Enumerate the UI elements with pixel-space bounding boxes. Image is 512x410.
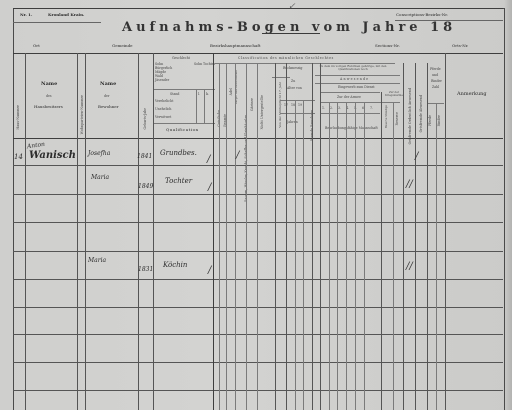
- birth-year-header: Geburts-Jahr: [143, 108, 147, 130]
- reserve-standige-header: Reserve Ständige: [385, 105, 388, 128]
- zu-label: Zu: [291, 80, 295, 83]
- hdr-line-c: [315, 83, 400, 84]
- col-line: [138, 53, 139, 410]
- orts-nr-label: Orts-Nr.: [452, 44, 468, 48]
- pferde-label-2: und: [432, 74, 438, 77]
- armee-header: Zur der Armee: [337, 96, 361, 99]
- col-line: [153, 53, 154, 410]
- entry-1-house-number: 14: [14, 154, 23, 161]
- entry-1-resident: Josefha: [88, 151, 110, 157]
- entry-2-qualification: Tochter: [165, 178, 192, 185]
- col-line: [77, 53, 78, 410]
- owner-col-des: des: [46, 95, 52, 98]
- col-line: [403, 63, 404, 410]
- col-line: [346, 102, 347, 410]
- top-rule: [13, 8, 503, 9]
- entry-3-qualification: Köchin: [163, 262, 187, 269]
- eingewerb-header: Eingewerb zum Dienst: [338, 86, 375, 89]
- conscription-district-label: Conscriptions-Bezirks-Nr.: [396, 13, 448, 17]
- col-line: [427, 63, 428, 410]
- row-line: [13, 334, 503, 335]
- classification-heading: Classification des männlichen Geschlecht…: [238, 57, 334, 60]
- entry-3-birth-year: 1831: [138, 267, 153, 273]
- anwesende-header: Anwesende: [340, 78, 369, 81]
- row-line: [13, 251, 503, 252]
- col-line: [436, 103, 437, 410]
- stand-divider-2: [204, 89, 205, 123]
- house-number-header: Haus-Nummer: [16, 105, 20, 130]
- entry-1-qualification: Grundbes.: [160, 150, 197, 157]
- entry-1-owner: Wanisch: [29, 151, 76, 161]
- col-line: [219, 63, 220, 410]
- hdr-line-b: [315, 75, 400, 76]
- pferde-label-4: Zahl: [432, 86, 439, 89]
- title-underline: [262, 33, 320, 34]
- alter-von-label: Alter von: [287, 87, 302, 90]
- stand-divider-1: [196, 89, 197, 123]
- entry-3-resident: Maria: [88, 258, 106, 264]
- stand-col-k: k.: [206, 93, 209, 96]
- beurlaubung-header: Beurlaubungsfähige Mannschaft: [325, 127, 378, 130]
- col-line: [337, 102, 338, 410]
- col-line: [329, 102, 330, 410]
- sections-nr-label: Sections-Nr.: [375, 44, 400, 48]
- pferde-label-3: Rinder: [431, 80, 442, 83]
- army-year-3: 3.: [338, 107, 341, 110]
- entry-3-mark-2: //: [406, 262, 413, 272]
- crown-land: Kronland Krain.: [48, 13, 84, 17]
- entry-1-birth-year: 1841: [137, 154, 152, 160]
- entry-3-mark-1: /: [208, 266, 211, 276]
- pencil-check-mark: ✓: [288, 3, 296, 12]
- stand-row-2: Unehelich: [155, 108, 171, 111]
- col-line: [257, 63, 258, 410]
- page-edge-shadow: [504, 0, 512, 410]
- stand-heading: Stand: [170, 93, 179, 96]
- col-line: [286, 63, 287, 410]
- row-line: [13, 165, 503, 166]
- qualification-header: Qualification: [166, 128, 199, 132]
- hdr-line-e: [320, 102, 400, 103]
- resident-col-der: der: [104, 95, 109, 98]
- ortsfremde-anwesend-header: Ortsfremde Ordentlich Anwesend: [408, 88, 412, 144]
- entry-2-mark-1: /: [208, 183, 211, 193]
- pferde-col: Pferde: [428, 115, 432, 126]
- anmerkung-header: Anmerkung: [457, 92, 487, 97]
- ortsfremde-abwesend-header: Ortsfremde Abwesend: [419, 95, 423, 132]
- col-line: [25, 53, 26, 410]
- col-line: [364, 102, 365, 410]
- stand-col-l: l.: [198, 93, 200, 96]
- entry-1-mark-1: /: [207, 155, 210, 165]
- army-year-2: 2.: [330, 107, 333, 110]
- col-line: [415, 63, 416, 410]
- entry-1-mark-3: /: [415, 152, 418, 162]
- geschlecht-col-sohn: Sohn: [194, 63, 202, 66]
- jahren-label: Jahren: [287, 121, 298, 124]
- col-line: [213, 53, 214, 410]
- entry-2-mark-2: //: [406, 180, 413, 190]
- pferde-label-1: Pferde: [430, 68, 441, 71]
- col-line: [85, 53, 86, 410]
- army-year-1: 1.: [322, 107, 325, 110]
- row-line: [13, 194, 503, 195]
- resident-col-name: Name: [100, 82, 116, 87]
- row-line: [13, 222, 503, 223]
- row-line: [13, 362, 503, 363]
- col-line: [226, 63, 227, 410]
- row-line: [13, 307, 503, 308]
- owner-col-name: Name: [41, 82, 57, 87]
- entry-2-resident: Maria: [91, 175, 109, 181]
- bezirkshauptmannschaft-label: Bezirkshauptmannschaft: [210, 44, 260, 48]
- gemeinde-label: Gemeinde: [112, 44, 133, 48]
- col-line: [445, 53, 446, 410]
- row-line: [13, 390, 503, 391]
- hdr-line-d: [320, 92, 380, 93]
- owner-col-hausbesitzer: Hausbesitzers: [34, 105, 63, 109]
- col-line: [275, 63, 276, 410]
- army-year-7: 7.: [370, 107, 373, 110]
- rinder-col: Rinder: [437, 115, 441, 126]
- geschlecht-heading: Geschlecht: [172, 57, 190, 60]
- geschlecht-row-5: Jäsender: [155, 79, 169, 82]
- col-line: [393, 102, 394, 410]
- stand-row-1: Verehelicht: [155, 100, 173, 103]
- entry-2-birth-year: 1849: [138, 184, 153, 190]
- entry-1-mark-2: /: [236, 151, 239, 161]
- ort-label: Ort: [33, 44, 40, 48]
- header-bottom-rule: [13, 53, 503, 54]
- age-19: 19: [298, 104, 302, 107]
- stand-bottom: [153, 123, 215, 124]
- class-col-7: Nicht Untergestellte: [260, 95, 264, 129]
- col-line: [320, 63, 321, 410]
- col-line: [303, 100, 304, 410]
- form-number: Nr. 1.: [20, 13, 32, 17]
- party-number-header: Wohnparteien-Nummer: [80, 95, 84, 134]
- resident-col-bewohner: Bewohner: [98, 105, 119, 109]
- row-line: [13, 279, 503, 280]
- col-line: [246, 63, 247, 410]
- geschlecht-divider: [153, 89, 215, 90]
- zu-dem-vorigen-heading: Zu dem im vorigen Rubriken gehörige, mit…: [318, 65, 388, 71]
- militaerpflicht-header: Von der Militärpflicht 17. Jahr: [278, 82, 282, 128]
- reserve-header: Reserve: [395, 112, 399, 125]
- stand-row-3: Verwitwet: [155, 116, 171, 119]
- col-line: [381, 92, 382, 410]
- col-line: [312, 63, 313, 410]
- kriegsmarine-header: Zur der Kriegsmarine: [384, 92, 404, 97]
- class-col-6: Gärtner: [250, 98, 254, 111]
- header-row-rule: [13, 138, 503, 139]
- col-line: [355, 102, 356, 410]
- col-line: [295, 100, 296, 410]
- col-line: [235, 63, 236, 410]
- crownland-underline: [13, 22, 101, 23]
- class-col-3: Adel: [229, 88, 233, 96]
